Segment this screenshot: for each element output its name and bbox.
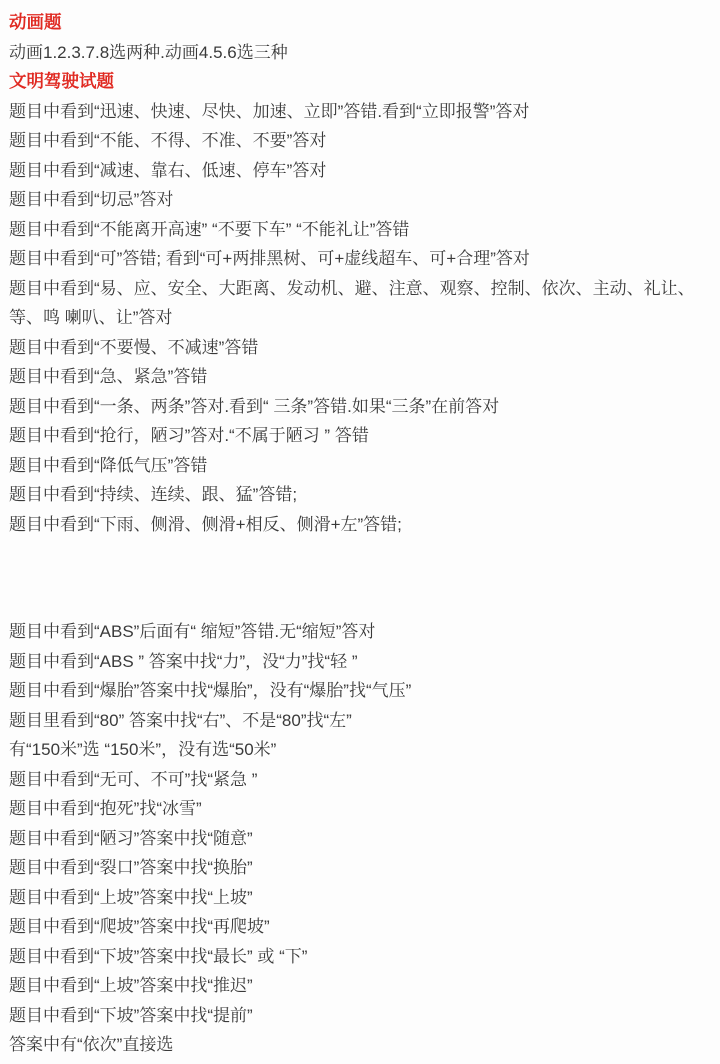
text-line: 题目中看到“易、应、安全、大距离、发动机、避、注意、观察、控制、依次、主动、礼让… <box>9 274 716 304</box>
text-line: 题目中看到“可”答错; 看到“可+两排黑树、可+虚线超车、可+合理”答对 <box>9 244 716 274</box>
text-line: 题目中看到“减速、靠右、低速、停车”答对 <box>9 156 716 186</box>
text-line: 题目中看到“爬坡”答案中找“再爬坡” <box>9 912 716 942</box>
text-line: 题目中看到“陋习”答案中找“随意” <box>9 824 716 854</box>
text-line: 题目中看到“切忌”答对 <box>9 185 716 215</box>
text-line: 题目中看到“上坡”答案中找“推迟” <box>9 971 716 1001</box>
text-line: 有“150米”选 “150米”，没有选“50米” <box>9 735 716 765</box>
text-line: 动画1.2.3.7.8选两种.动画4.5.6选三种 <box>9 38 716 68</box>
text-line: 题目中看到“急、紧急”答错 <box>9 362 716 392</box>
text-line: 题目中看到“不能离开高速” “不要下车” “不能礼让”答错 <box>9 215 716 245</box>
section-heading: 文明驾驶试题 <box>9 67 716 97</box>
text-line: 题目中看到“ABS ” 答案中找“力”，没“力”找“轻 ” <box>9 647 716 677</box>
text-line: 题目中看到“不能、不得、不准、不要”答对 <box>9 126 716 156</box>
text-line: 题目中看到“下坡”答案中找“提前” <box>9 1001 716 1031</box>
text-line: 题目中看到“不要慢、不减速”答错 <box>9 333 716 363</box>
text-line: 题目中看到“抱死”找“冰雪” <box>9 794 716 824</box>
text-line: 题目中看到“裂口”答案中找“换胎” <box>9 853 716 883</box>
text-line: 题目中看到“降低气压”答错 <box>9 451 716 481</box>
section-gap <box>9 539 716 617</box>
text-line: 题目中看到“一条、两条”答对.看到“ 三条”答错.如果“三条”在前答对 <box>9 392 716 422</box>
text-line: 题目中看到“无可、不可”找“紧急 ” <box>9 765 716 795</box>
text-line: 题目中看到“ABS”后面有“ 缩短”答错.无“缩短”答对 <box>9 617 716 647</box>
text-line: 题目中看到“迅速、快速、尽快、加速、立即”答错.看到“立即报警”答对 <box>9 97 716 127</box>
text-line: 题目里看到“80” 答案中找“右”、不是“80”找“左” <box>9 706 716 736</box>
text-line: 题目中看到“下坡”答案中找“最长” 或 “下” <box>9 942 716 972</box>
text-line: 题目中看到“抢行，陋习”答对.“不属于陋习 ” 答错 <box>9 421 716 451</box>
text-line: 题目中看到“持续、连续、跟、猛”答错; <box>9 480 716 510</box>
section-heading: 动画题 <box>9 8 716 38</box>
text-line: 答案中有“依次”直接选 <box>9 1030 716 1060</box>
document-page: 动画题动画1.2.3.7.8选两种.动画4.5.6选三种文明驾驶试题题目中看到“… <box>0 0 720 1060</box>
text-line: 题目中看到“下雨、侧滑、侧滑+相反、侧滑+左”答错; <box>9 510 716 540</box>
text-line: 题目中看到“上坡”答案中找“上坡” <box>9 883 716 913</box>
text-line: 题目中看到“爆胎”答案中找“爆胎”，没有“爆胎”找“气压” <box>9 676 716 706</box>
text-line: 等、鸣 喇叭、让”答对 <box>9 303 716 333</box>
